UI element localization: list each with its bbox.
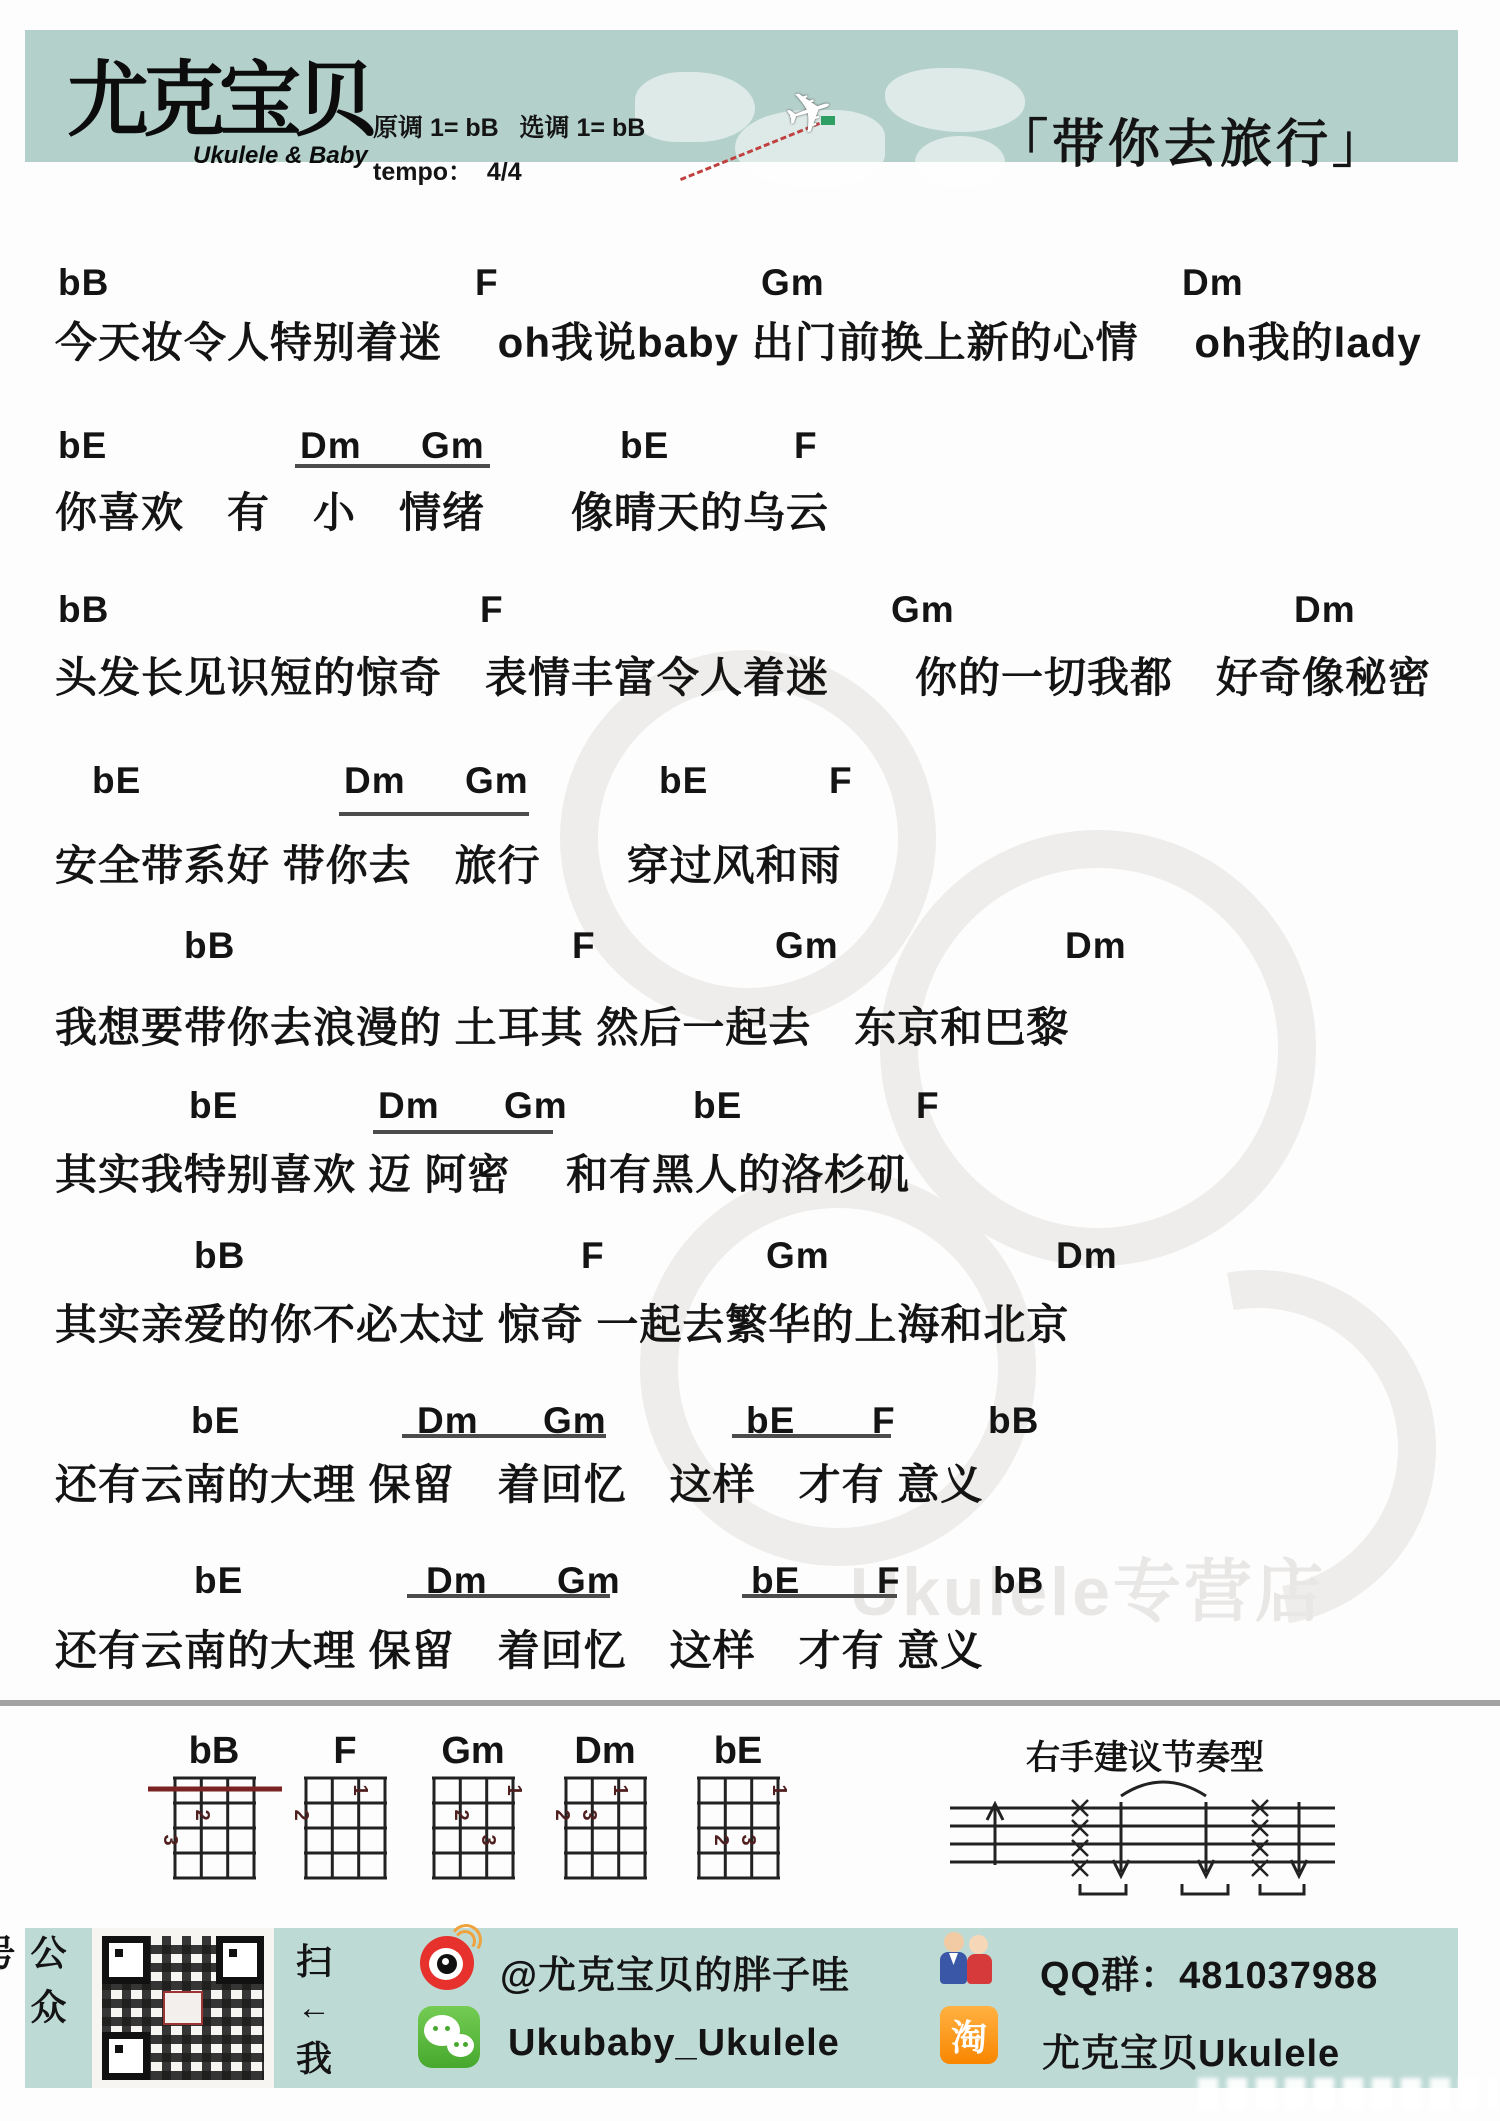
chord-row-9: bE Dm Gm bE F bB <box>0 1560 1500 1606</box>
diagram-chord-name: F <box>333 1730 356 1773</box>
chord-label: bB <box>58 262 109 304</box>
mute-x-column <box>1252 1800 1268 1876</box>
qq-figure-head <box>944 1932 964 1952</box>
chord-diagram-bE: 1 2 3 <box>669 1774 809 1891</box>
finger-number: 2 <box>290 1809 312 1820</box>
rhythm-pattern-staff <box>930 1768 1370 1913</box>
chord-underline <box>407 1594 610 1598</box>
qr-finder-mark <box>102 2032 150 2080</box>
chord-label: Gm <box>761 262 825 304</box>
chord-row-3: bB F Gm Dm <box>0 589 1500 635</box>
scan-char: 扫 <box>296 1934 332 1985</box>
chord-label: Gm <box>766 1235 830 1277</box>
lyric-line-8: 还有云南的大理 保留 着回忆 这样 才有 意义 <box>55 1452 983 1512</box>
diagram-chord-name: bB <box>189 1730 240 1773</box>
finger-number: 2 <box>191 1809 213 1820</box>
wechat-bubble-eye <box>445 2026 450 2031</box>
taobao-icon: 淘 <box>940 2006 998 2064</box>
illegible-watermark-text <box>1198 2078 1498 2110</box>
lyric-line-7: 其实亲爱的你不必太过 惊奇 一起去繁华的上海和北京 <box>55 1292 1069 1352</box>
chord-label: F <box>475 262 499 304</box>
finger-number: 3 <box>159 1834 181 1845</box>
wechat-icon <box>418 2006 480 2068</box>
fret-grid <box>173 1778 256 1878</box>
chord-label: F <box>794 425 818 467</box>
chord-label: bB <box>194 1235 245 1277</box>
chord-underline <box>742 1594 897 1598</box>
qr-center-logo <box>163 1991 203 2025</box>
header-band: ✈ 尤克宝贝 Ukulele & Baby 原调 1= bB 选调 1= bB … <box>25 30 1458 162</box>
chord-label: Dm <box>378 1085 440 1127</box>
brand-logo-subtitle: Ukulele & Baby <box>193 142 368 170</box>
weibo-handle: @尤克宝贝的胖子哇 <box>500 1944 850 1999</box>
finger-number: 1 <box>609 1784 631 1795</box>
chord-underline <box>732 1434 891 1438</box>
chord-label: F <box>572 925 596 967</box>
finger-number: 3 <box>737 1834 759 1845</box>
chord-row-1: bB F Gm Dm <box>0 262 1500 308</box>
wechat-handle: Ukubaby_Ukulele <box>508 2022 840 2065</box>
wechat-bubble <box>447 2034 474 2057</box>
chord-label: bE <box>620 425 669 467</box>
chord-label: bB <box>58 589 109 631</box>
map-blob <box>915 136 1005 188</box>
chord-label: Dm <box>300 425 362 467</box>
section-divider <box>0 1700 1500 1706</box>
chord-label: bE <box>693 1085 742 1127</box>
chord-underline <box>295 464 490 468</box>
chord-label: Gm <box>891 589 955 631</box>
taobao-icon-char: 淘 <box>951 2010 987 2061</box>
tempo-info: tempo： 4/4 <box>373 152 522 188</box>
chord-row-8: bE Dm Gm bE F bB <box>0 1400 1500 1446</box>
chord-label: Gm <box>504 1085 568 1127</box>
finger-number: 3 <box>477 1834 499 1845</box>
wechat-bubble-eye <box>463 2042 468 2047</box>
finger-number: 1 <box>503 1784 525 1795</box>
chord-diagram-Gm: 1 2 3 <box>404 1774 544 1891</box>
chord-label: Dm <box>1065 925 1127 967</box>
chord-row-4: bE Dm Gm bE F <box>0 760 1500 806</box>
chord-label: Gm <box>465 760 529 802</box>
finger-number: 2 <box>710 1834 732 1845</box>
song-title: 「带你去旅行」 <box>996 102 1388 177</box>
airplane-green-band <box>821 116 835 125</box>
chord-label: bE <box>58 425 107 467</box>
chord-underline <box>373 1130 553 1134</box>
diagram-chord-name: Dm <box>574 1730 635 1773</box>
chord-label: F <box>916 1085 940 1127</box>
chord-diagram-F: 1 2 <box>276 1774 416 1891</box>
chord-label: Gm <box>421 425 485 467</box>
chord-underline <box>402 1434 606 1438</box>
chord-label: bE <box>194 1560 243 1602</box>
mute-x-column <box>1072 1800 1088 1876</box>
qq-figure-body <box>967 1954 992 1984</box>
official-account-vertical-label: 公众号 <box>32 1934 72 2080</box>
chord-underline <box>339 812 529 816</box>
chord-diagram-bB: 2 3 <box>145 1774 285 1891</box>
chord-label: Dm <box>1056 1235 1118 1277</box>
vertical-label-text: 公众号 <box>32 1934 72 2080</box>
chord-row-2: bE Dm Gm bE F <box>0 425 1500 471</box>
lyric-line-2: 你喜欢 有 小 情绪 像晴天的乌云 <box>55 480 829 540</box>
map-blob <box>635 72 755 142</box>
chord-row-6: bE Dm Gm bE F <box>0 1085 1500 1131</box>
chord-label: bB <box>184 925 235 967</box>
finger-number: 2 <box>551 1809 573 1820</box>
lyric-line-1: 今天妆令人特别着迷 oh我说baby 出门前换上新的心情 oh我的lady <box>55 310 1422 370</box>
finger-number: 1 <box>349 1784 371 1795</box>
lyric-line-3: 头发长见识短的惊奇 表情丰富令人着迷 你的一切我都 好奇像秘密 <box>55 645 1431 705</box>
left-arrow-icon: ← <box>297 1989 331 2028</box>
chord-label: bE <box>189 1085 238 1127</box>
scan-me-label: 扫 ← 我 <box>292 1934 336 2082</box>
chord-label: bE <box>92 760 141 802</box>
finger-number: 3 <box>578 1809 600 1820</box>
weibo-icon <box>420 1932 478 1990</box>
qq-figure-head <box>969 1935 988 1954</box>
chord-label: bE <box>659 760 708 802</box>
chord-label: bB <box>988 1400 1039 1442</box>
qr-finder-mark <box>102 1936 150 1984</box>
chord-label: F <box>480 589 504 631</box>
taobao-shop-name: 尤克宝贝Ukulele <box>1042 2022 1340 2077</box>
lyric-line-5: 我想要带你去浪漫的 土耳其 然后一起去 东京和巴黎 <box>55 995 1069 1055</box>
qr-finder-mark <box>216 1936 264 1984</box>
chord-row-7: bB F Gm Dm <box>0 1235 1500 1281</box>
chord-diagram-Dm: 1 2 3 <box>536 1774 676 1891</box>
lyric-line-9: 还有云南的大理 保留 着回忆 这样 才有 意义 <box>55 1618 983 1678</box>
lyric-line-4: 安全带系好 带你去 旅行 穿过风和雨 <box>55 833 842 893</box>
qq-group-number: QQ群：481037988 <box>1040 1944 1378 1999</box>
finger-number: 1 <box>768 1784 790 1795</box>
chord-label: F <box>829 760 853 802</box>
chord-label: Dm <box>344 760 406 802</box>
me-char: 我 <box>296 2031 332 2082</box>
chord-label: F <box>581 1235 605 1277</box>
diagram-chord-name: bE <box>714 1730 763 1773</box>
wechat-bubble-eye <box>454 2042 459 2047</box>
chord-sheet-page: ✈ 尤克宝贝 Ukulele & Baby 原调 1= bB 选调 1= bB … <box>0 0 1500 2121</box>
brand-logo: 尤克宝贝 <box>67 60 371 142</box>
chord-label: bB <box>993 1560 1044 1602</box>
diagram-chord-name: Gm <box>441 1730 504 1773</box>
qr-code <box>92 1928 274 2088</box>
chord-label: bE <box>191 1400 240 1442</box>
chord-label: Dm <box>1294 589 1356 631</box>
qq-group-icon <box>938 1930 996 1988</box>
finger-number: 2 <box>450 1809 472 1820</box>
weibo-glint <box>442 1958 449 1965</box>
chord-label: Dm <box>1182 262 1244 304</box>
world-map-graphic: ✈ <box>615 64 1055 190</box>
key-info: 原调 1= bB 选调 1= bB <box>373 108 645 144</box>
wechat-bubble-eye <box>433 2026 438 2031</box>
lyric-line-6: 其实我特别喜欢 迈 阿密 和有黑人的洛杉矶 <box>55 1142 910 1202</box>
chord-label: Gm <box>775 925 839 967</box>
chord-row-5: bB F Gm Dm <box>0 925 1500 971</box>
